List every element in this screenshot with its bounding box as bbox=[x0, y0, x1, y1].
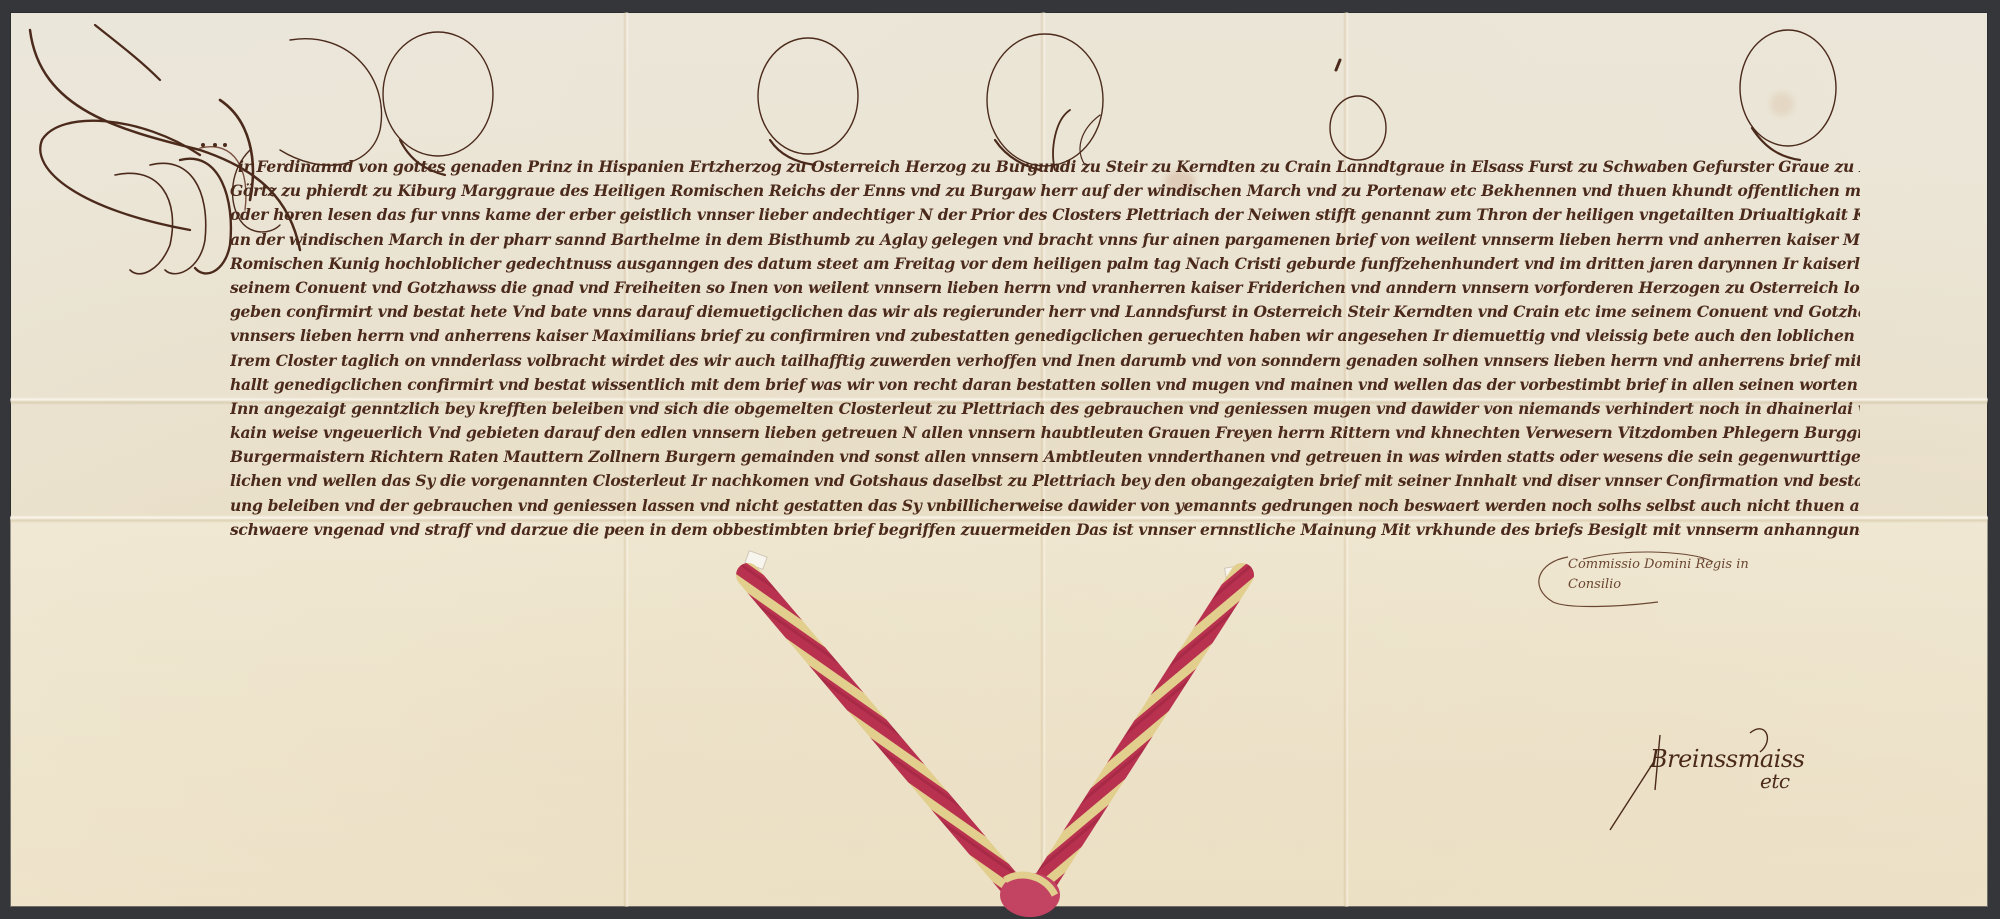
braided-cord-icon bbox=[0, 0, 2000, 919]
